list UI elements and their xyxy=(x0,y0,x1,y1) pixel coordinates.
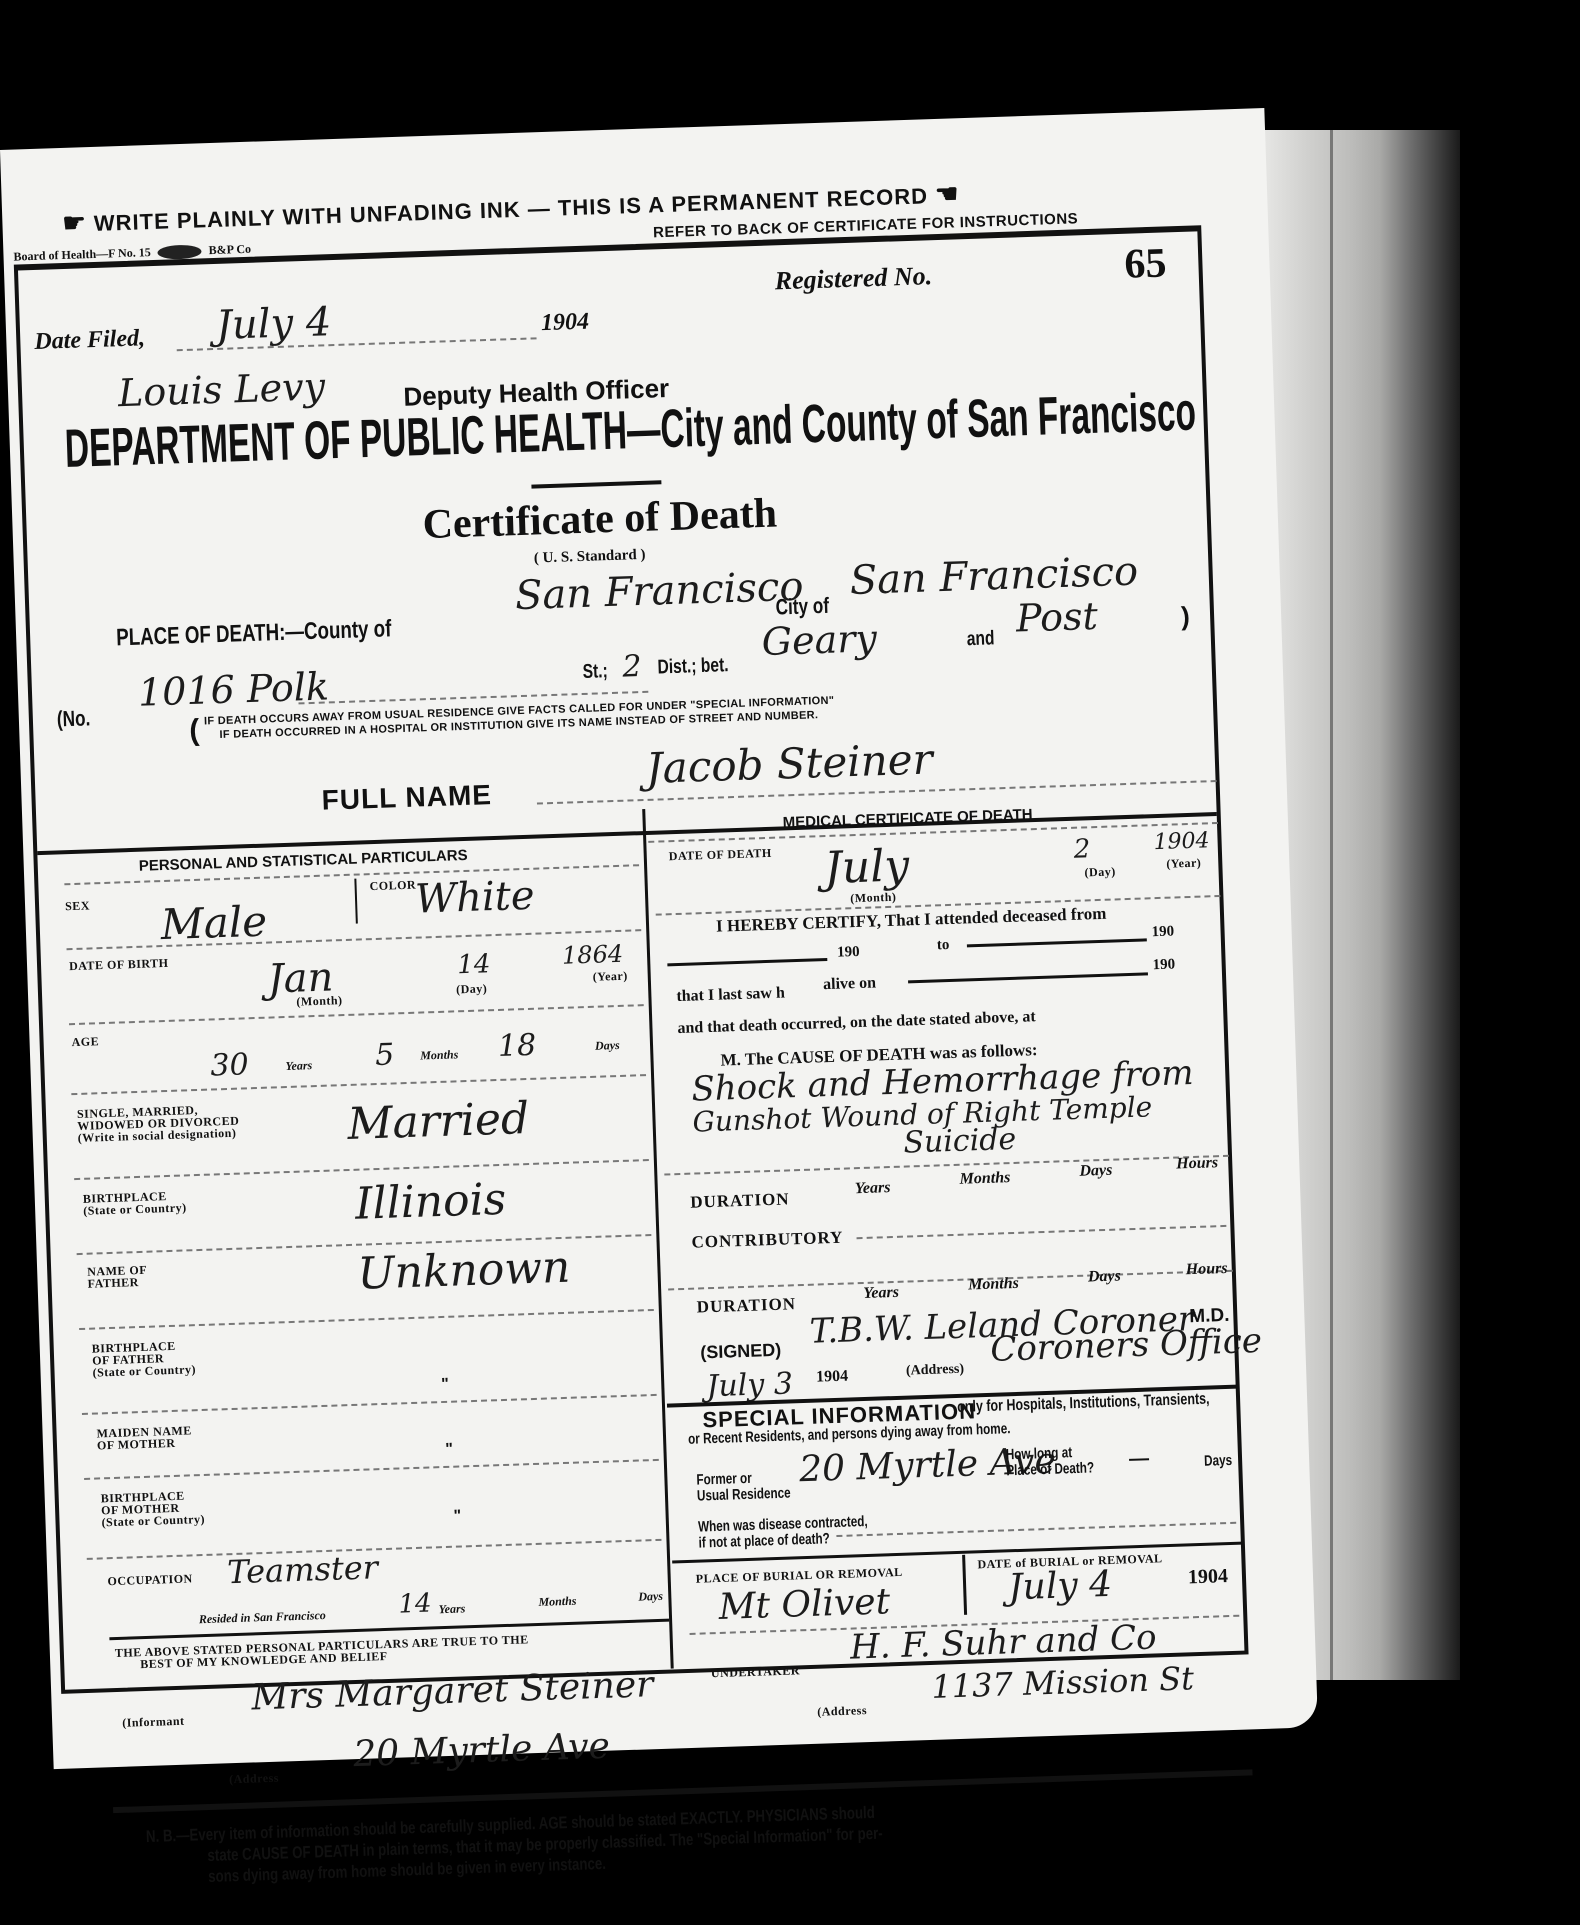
burial-place-value: Mt Olivet xyxy=(718,1581,891,1628)
certify-line-2a: that I last saw h xyxy=(676,984,785,1006)
signed-address-label: (Address) xyxy=(906,1362,965,1380)
marital-value: Married xyxy=(347,1093,530,1150)
signed-date: July 3 xyxy=(706,1366,794,1404)
dod-label: DATE OF DEATH xyxy=(669,847,772,862)
father-value: Unknown xyxy=(357,1242,571,1300)
resided-years-caption: Years xyxy=(438,1601,465,1617)
dob-day: 14 xyxy=(457,949,491,980)
sex-label: SEX xyxy=(65,899,90,912)
date-filed-label: Date Filed, xyxy=(34,325,145,356)
lastseen-year-prefix: 190 xyxy=(1152,956,1175,974)
full-name-value: Jacob Steiner xyxy=(645,734,933,792)
duration-label-2: DURATION xyxy=(696,1294,796,1317)
occupation-value: Teamster xyxy=(227,1548,379,1591)
full-name-label: FULL NAME xyxy=(321,779,492,817)
marital-label: SINGLE, MARRIED, WIDOWED OR DIVORCED (Wr… xyxy=(77,1103,240,1144)
father-label: NAME OF FATHER xyxy=(87,1264,148,1290)
age-months: 5 xyxy=(375,1037,395,1073)
label-line: Place of Death? xyxy=(1006,1460,1094,1479)
how-long-label: How long at Place of Death? xyxy=(1006,1444,1095,1479)
burial-year-value: 1904 xyxy=(1188,1565,1229,1589)
to-year-prefix: 190 xyxy=(1151,924,1174,942)
duration-years-1: Years xyxy=(855,1179,891,1198)
duration-hours-1: Hours xyxy=(1176,1154,1218,1173)
date-filed-year: 1904 xyxy=(541,309,590,338)
day-caption: (Day) xyxy=(456,982,488,995)
dod-year-caption: (Year) xyxy=(1166,857,1201,870)
undertaker-address-value: 1137 Mission St xyxy=(931,1659,1195,1706)
informant-address-value: 20 Myrtle Ave xyxy=(353,1726,611,1775)
signed-label: (SIGNED) xyxy=(700,1340,782,1364)
to-label: to xyxy=(937,937,950,954)
dob-year: 1864 xyxy=(562,940,624,970)
father-birthplace-label: BIRTHPLACE OF FATHER (State or Country) xyxy=(92,1339,197,1378)
dod-day: 2 xyxy=(1073,834,1091,865)
street-value: 1016 Polk xyxy=(137,664,329,714)
age-label: AGE xyxy=(71,1035,99,1048)
informant-label: (Informant xyxy=(122,1715,185,1729)
birthplace-label: BIRTHPLACE (State or Country) xyxy=(83,1189,187,1216)
and-label: and xyxy=(966,627,994,651)
resided-months-caption: Months xyxy=(538,1594,577,1610)
from-year-prefix: 190 xyxy=(837,944,860,962)
footer-note: N. B.—Every item of information should b… xyxy=(146,1802,884,1889)
st-label: St.; xyxy=(582,660,608,684)
duration-months-2: Months xyxy=(968,1275,1019,1295)
dist-label: Dist.; bet. xyxy=(657,654,729,679)
undertaker-address-label: (Address xyxy=(817,1704,867,1718)
dod-day-caption: (Day) xyxy=(1084,865,1116,878)
pointing-hand-icon: ☚ xyxy=(935,178,960,209)
year-caption: (Year) xyxy=(593,970,628,983)
days-caption: Days xyxy=(595,1038,620,1054)
how-long-days-label: Days xyxy=(1204,1452,1233,1470)
dod-month: July xyxy=(823,840,910,894)
date-filed-value: July 4 xyxy=(215,299,332,349)
city-label: City of xyxy=(775,593,829,621)
signed-year: 1904 xyxy=(816,1368,849,1387)
color-value: White xyxy=(414,873,535,923)
age-years: 30 xyxy=(210,1047,249,1083)
paren-close: ) xyxy=(1181,601,1191,632)
between-street-2: Post xyxy=(1015,594,1098,641)
label-line: (State or Country) xyxy=(92,1363,196,1378)
paren-open: ( xyxy=(189,714,200,748)
birthplace-value: Illinois xyxy=(354,1174,507,1230)
printer-label: B&P Co xyxy=(208,242,251,257)
occupation-label: OCCUPATION xyxy=(107,1572,193,1587)
duration-hours-2: Hours xyxy=(1185,1260,1227,1279)
father-birthplace-value: " xyxy=(441,1376,449,1394)
label-line: (State or Country) xyxy=(101,1513,205,1528)
color-label: COLOR xyxy=(369,879,416,893)
informant-address-label: (Address xyxy=(229,1772,279,1786)
dod-year: 1904 xyxy=(1153,828,1210,855)
cause-line-3: Suicide xyxy=(903,1122,1017,1161)
district-value: 2 xyxy=(622,649,642,685)
bottom-rule xyxy=(113,1769,1253,1813)
contracted-label: When was disease contracted, if not at p… xyxy=(698,1514,869,1552)
mother-label: MAIDEN NAME OF MOTHER xyxy=(96,1424,192,1451)
registered-number: 65 xyxy=(1124,239,1168,288)
registered-label: Registered No. xyxy=(774,261,932,296)
resided-days-caption: Days xyxy=(638,1589,663,1605)
age-days: 18 xyxy=(497,1028,536,1064)
residence-label: Former or Usual Residence xyxy=(696,1470,791,1505)
mother-birthplace-value: " xyxy=(453,1507,461,1525)
street-no-label: (No. xyxy=(56,705,90,732)
birthplace-label-line: (State or Country) xyxy=(83,1201,187,1216)
month-caption: (Month) xyxy=(296,994,343,1008)
duration-days-2: Days xyxy=(1088,1267,1121,1286)
dod-month-caption: (Month) xyxy=(850,891,897,905)
label-line: Usual Residence xyxy=(697,1486,791,1505)
months-caption: Months xyxy=(420,1047,459,1063)
how-long-value: — xyxy=(1129,1448,1150,1472)
duration-days-1: Days xyxy=(1079,1162,1112,1181)
duration-label-1: DURATION xyxy=(690,1189,790,1212)
county-value: San Francisco xyxy=(514,564,804,620)
duration-years-2: Years xyxy=(863,1284,899,1303)
pointing-hand-icon: ☛ xyxy=(62,207,87,238)
mother-birthplace-label: BIRTHPLACE OF MOTHER (State or Country) xyxy=(101,1489,206,1528)
duration-months-1: Months xyxy=(959,1169,1010,1189)
officer-signature: Louis Levy xyxy=(117,364,325,415)
certify-line-2b: alive on xyxy=(823,974,876,994)
undertaker-label: UNDERTAKER xyxy=(711,1664,800,1679)
years-caption: Years xyxy=(285,1058,312,1074)
burial-date-value: July 4 xyxy=(1008,1564,1113,1608)
resided-years: 14 xyxy=(398,1589,432,1620)
between-street-1: Geary xyxy=(761,616,878,664)
dob-label: DATE OF BIRTH xyxy=(69,957,169,972)
father-label-line: FATHER xyxy=(87,1276,147,1290)
death-certificate-page: ☛ WRITE PLAINLY WITH UNFADING INK — THIS… xyxy=(0,108,1318,1769)
mother-value: " xyxy=(445,1441,453,1459)
